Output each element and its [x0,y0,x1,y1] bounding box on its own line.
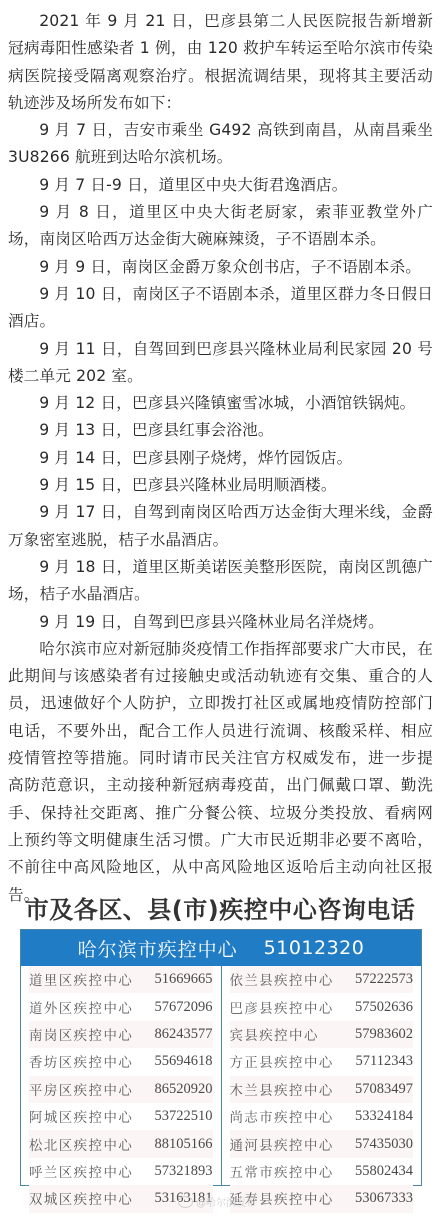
county-column: 依兰县疾控中心57222573 巴彦县疾控中心57502636 宾县疾控中心57… [222,966,422,1185]
table-row: 五常市疾控中心55802434 [230,1158,414,1185]
paragraph-itinerary: 9 月 7 日，吉安市乘坐 G492 高铁到南昌，从南昌乘坐 3U8266 航班… [8,117,433,172]
table-row: 道里区疾控中心51669665 [29,966,213,993]
paragraph-itinerary: 9 月 11 日，自驾回到巴彦县兴隆林业局利民家园 20 号楼二单元 202 室… [8,336,433,391]
cdc-phone: 86520920 [155,1081,213,1098]
weibo-icon [178,1196,193,1208]
cdc-name: 巴彦县疾控中心 [230,998,334,1017]
cdc-name: 依兰县疾控中心 [230,970,334,989]
cdc-name: 道里区疾控中心 [29,970,133,989]
cdc-phone: 53722510 [155,1108,213,1125]
cdc-name: 通河县疾控中心 [230,1135,334,1154]
watermark: @哈尔滨发布 [178,1194,256,1209]
table-row: 平房区疾控中心86520920 [29,1076,213,1103]
watermark-text: @哈尔滨发布 [196,1194,256,1209]
cdc-name: 松北区疾控中心 [29,1135,133,1154]
cdc-name: 道外区疾控中心 [29,998,133,1017]
paragraph-itinerary: 9 月 14 日，巴彦县刚子烧烤，烨竹园饭店。 [8,445,433,472]
cdc-name: 呼兰区疾控中心 [29,1162,133,1181]
cdc-phone: 57112343 [356,1053,413,1070]
paragraph-itinerary: 9 月 7 日-9 日，道里区中央大街君逸酒店。 [8,172,433,199]
cdc-name: 方正县疾控中心 [230,1052,334,1071]
cdc-phone: 57222573 [355,971,413,988]
cdc-name: 双城区疾控中心 [29,1189,133,1208]
cdc-phone: 57983602 [355,1026,413,1043]
hotline-table-body: 道里区疾控中心51669665 道外区疾控中心57672096 南岗区疾控中心8… [21,966,421,1185]
cdc-phone: 57321893 [155,1163,213,1180]
cdc-phone: 88105166 [155,1136,213,1153]
paragraph-notice: 哈尔滨市应对新冠肺炎疫情工作指挥部要求广大市民，在此期间与该感染者有过接触史或活… [8,636,433,909]
district-column: 道里区疾控中心51669665 道外区疾控中心57672096 南岗区疾控中心8… [21,966,222,1185]
cdc-name: 香坊区疾控中心 [29,1052,133,1071]
table-row: 阿城区疾控中心53722510 [29,1103,213,1130]
city-cdc-name: 哈尔滨市疾控中心 [78,935,238,962]
table-row: 通河县疾控中心57435030 [230,1130,414,1157]
paragraph-itinerary: 9 月 19 日，自驾到巴彦县兴隆林业局名洋烧烤。 [8,609,433,636]
paragraph-itinerary: 9 月 17 日，自驾到南岗区哈西万达金街大理米线，金爵万象密室逃脱，桔子水晶酒… [8,499,433,554]
cdc-name: 木兰县疾控中心 [230,1080,334,1099]
paragraph-itinerary: 9 月 12 日，巴彦县兴隆镇蜜雪冰城，小酒馆铁锅炖。 [8,390,433,417]
table-row: 木兰县疾控中心57083497 [230,1076,414,1103]
table-row: 南岗区疾控中心86243577 [29,1021,213,1048]
cdc-phone: 57435030 [355,1136,413,1153]
cdc-phone: 57672096 [155,999,213,1016]
cdc-name: 南岗区疾控中心 [29,1025,133,1044]
table-row: 尚志市疾控中心53324184 [230,1103,414,1130]
city-cdc-phone: 51012320 [264,937,365,959]
cdc-name: 尚志市疾控中心 [230,1107,334,1126]
table-row: 松北区疾控中心88105166 [29,1130,213,1157]
table-row: 道外区疾控中心57672096 [29,993,213,1020]
table-row: 依兰县疾控中心57222573 [230,966,414,993]
cdc-phone: 53067333 [355,1190,413,1207]
paragraph-itinerary: 9 月 15 日，巴彦县兴隆林业局明顺酒楼。 [8,472,433,499]
table-row: 香坊区疾控中心55694618 [29,1048,213,1075]
table-row: 方正县疾控中心57112343 [230,1048,414,1075]
table-row: 延寿县疾控中心53067333 [230,1185,414,1212]
cdc-phone: 53324184 [355,1108,413,1125]
table-row: 宾县疾控中心57983602 [230,1021,414,1048]
paragraph-itinerary: 9 月 18 日，道里区斯美诺医美整形医院，南岗区凯德广场，桔子水晶酒店。 [8,554,433,609]
paragraph-itinerary: 9 月 9 日，南岗区金爵万象众创书店，子不语剧本杀。 [8,254,433,281]
hotline-heading: 市及各区、县(市)疾控中心咨询电话 [0,890,440,925]
cdc-name: 五常市疾控中心 [230,1162,334,1181]
cdc-phone: 57083497 [355,1081,413,1098]
cdc-name: 阿城区疾控中心 [29,1107,133,1126]
cdc-name: 宾县疾控中心 [230,1025,319,1044]
table-row: 巴彦县疾控中心57502636 [230,993,414,1020]
cdc-phone: 86243577 [155,1026,213,1043]
cdc-phone: 57502636 [355,999,413,1016]
paragraph-intro: 2021 年 9 月 21 日，巴彦县第二人民医院报告新增新冠病毒阳性感染者 1… [8,8,433,117]
cdc-name: 平房区疾控中心 [29,1080,133,1099]
cdc-phone: 51669665 [155,971,213,988]
paragraph-itinerary: 9 月 13 日，巴彦县红事会浴池。 [8,417,433,444]
table-row: 呼兰区疾控中心57321893 [29,1158,213,1185]
cdc-phone: 55694618 [155,1053,213,1070]
hotline-table: 哈尔滨市疾控中心 51012320 道里区疾控中心51669665 道外区疾控中… [20,929,422,1186]
cdc-phone: 55802434 [355,1163,413,1180]
paragraph-itinerary: 9 月 8 日，道里区中央大街老厨家，索菲亚教堂外广场，南岗区哈西万达金街大碗麻… [8,199,433,254]
article-body: 2021 年 9 月 21 日，巴彦县第二人民医院报告新增新冠病毒阳性感染者 1… [8,8,433,909]
paragraph-itinerary: 9 月 10 日，南岗区子不语剧本杀，道里区群力冬日假日酒店。 [8,281,433,336]
hotline-table-header: 哈尔滨市疾控中心 51012320 [21,930,421,966]
